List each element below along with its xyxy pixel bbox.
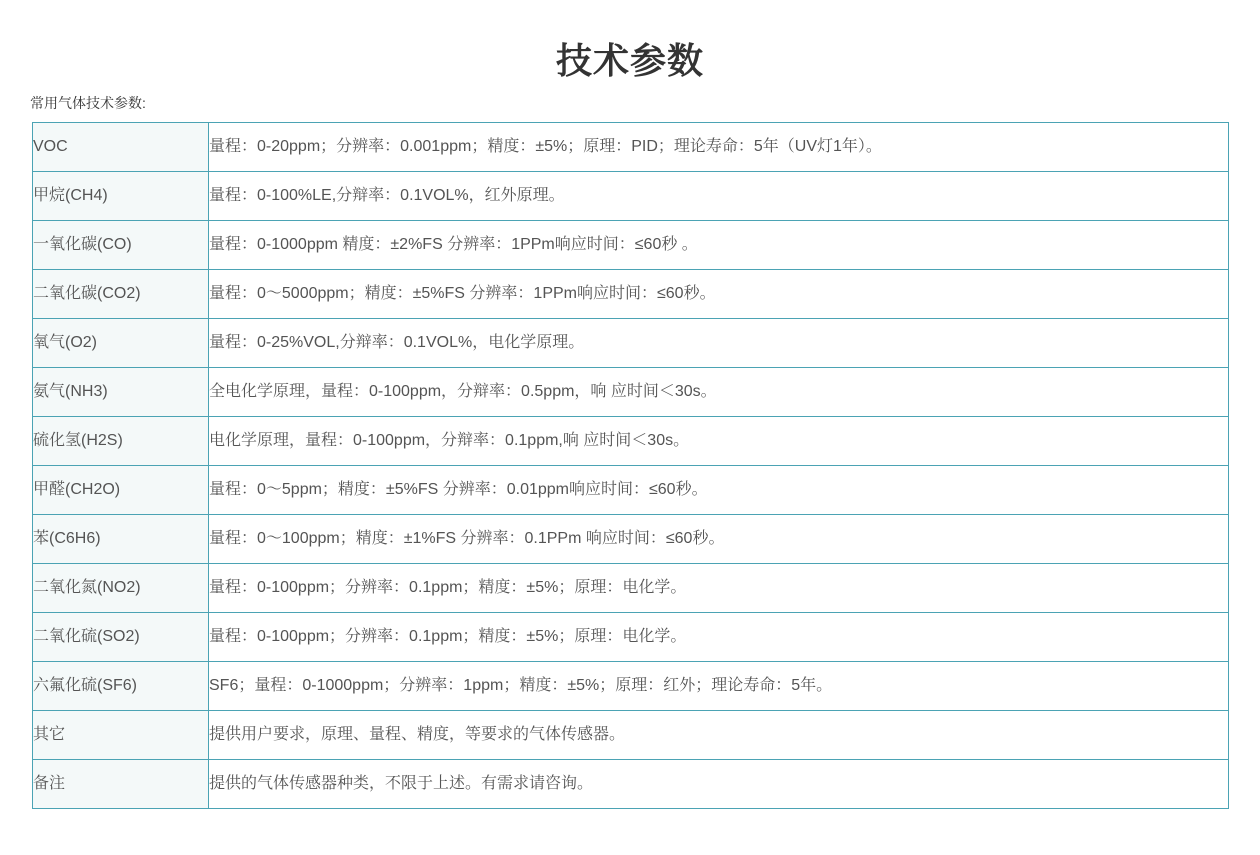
table-row: 甲醛(CH2O)量程：0～5ppm；精度：±5%FS 分辨率：0.01ppm响应… <box>33 466 1229 515</box>
gas-name-cell: 硫化氢(H2S) <box>33 417 209 466</box>
gas-spec-cell: SF6；量程：0-1000ppm；分辨率：1ppm；精度：±5%；原理：红外；理… <box>209 662 1229 711</box>
gas-spec-cell: 量程：0～5000ppm；精度：±5%FS 分辨率：1PPm响应时间：≤60秒。 <box>209 270 1229 319</box>
table-row: 二氧化氮(NO2)量程：0-100ppm；分辨率：0.1ppm；精度：±5%；原… <box>33 564 1229 613</box>
table-caption: 常用气体技术参数: <box>30 95 1260 111</box>
gas-name-cell: 其它 <box>33 711 209 760</box>
gas-name-cell: 备注 <box>33 760 209 809</box>
gas-spec-cell: 量程：0-100%LE,分辩率：0.1VOL%，红外原理。 <box>209 172 1229 221</box>
gas-name-cell: VOC <box>33 123 209 172</box>
gas-spec-cell: 量程：0～100ppm；精度：±1%FS 分辨率：0.1PPm 响应时间：≤60… <box>209 515 1229 564</box>
gas-name-cell: 六氟化硫(SF6) <box>33 662 209 711</box>
gas-spec-cell: 量程：0-1000ppm 精度：±2%FS 分辨率：1PPm响应时间：≤60秒 … <box>209 221 1229 270</box>
gas-spec-cell: 电化学原理，量程：0-100ppm，分辩率：0.1ppm,响 应时间＜30s。 <box>209 417 1229 466</box>
gas-spec-cell: 量程：0-20ppm；分辨率：0.001ppm；精度：±5%；原理：PID；理论… <box>209 123 1229 172</box>
gas-spec-cell: 量程：0-100ppm；分辨率：0.1ppm；精度：±5%；原理：电化学。 <box>209 613 1229 662</box>
gas-name-cell: 氨气(NH3) <box>33 368 209 417</box>
gas-name-cell: 氧气(O2) <box>33 319 209 368</box>
table-row: 硫化氢(H2S)电化学原理，量程：0-100ppm，分辩率：0.1ppm,响 应… <box>33 417 1229 466</box>
gas-spec-cell: 提供的气体传感器种类，不限于上述。有需求请咨询。 <box>209 760 1229 809</box>
gas-specs-table-body: VOC量程：0-20ppm；分辨率：0.001ppm；精度：±5%；原理：PID… <box>33 123 1229 809</box>
gas-name-cell: 二氧化碳(CO2) <box>33 270 209 319</box>
table-row: 其它提供用户要求，原理、量程、精度，等要求的气体传感器。 <box>33 711 1229 760</box>
table-row: 甲烷(CH4)量程：0-100%LE,分辩率：0.1VOL%，红外原理。 <box>33 172 1229 221</box>
table-row: 六氟化硫(SF6)SF6；量程：0-1000ppm；分辨率：1ppm；精度：±5… <box>33 662 1229 711</box>
gas-name-cell: 一氧化碳(CO) <box>33 221 209 270</box>
table-row: 备注提供的气体传感器种类，不限于上述。有需求请咨询。 <box>33 760 1229 809</box>
table-row: VOC量程：0-20ppm；分辨率：0.001ppm；精度：±5%；原理：PID… <box>33 123 1229 172</box>
gas-spec-cell: 全电化学原理，量程：0-100ppm，分辩率：0.5ppm，响 应时间＜30s。 <box>209 368 1229 417</box>
table-row: 一氧化碳(CO)量程：0-1000ppm 精度：±2%FS 分辨率：1PPm响应… <box>33 221 1229 270</box>
gas-name-cell: 二氧化硫(SO2) <box>33 613 209 662</box>
gas-spec-cell: 量程：0-25%VOL,分辩率：0.1VOL%，电化学原理。 <box>209 319 1229 368</box>
gas-spec-cell: 提供用户要求，原理、量程、精度，等要求的气体传感器。 <box>209 711 1229 760</box>
gas-name-cell: 甲醛(CH2O) <box>33 466 209 515</box>
page: 技术参数 常用气体技术参数: VOC量程：0-20ppm；分辨率：0.001pp… <box>0 0 1260 855</box>
table-row: 二氧化碳(CO2)量程：0～5000ppm；精度：±5%FS 分辨率：1PPm响… <box>33 270 1229 319</box>
gas-name-cell: 苯(C6H6) <box>33 515 209 564</box>
table-row: 氧气(O2)量程：0-25%VOL,分辩率：0.1VOL%，电化学原理。 <box>33 319 1229 368</box>
gas-specs-table: VOC量程：0-20ppm；分辨率：0.001ppm；精度：±5%；原理：PID… <box>32 122 1229 809</box>
page-title: 技术参数 <box>0 0 1260 79</box>
gas-name-cell: 甲烷(CH4) <box>33 172 209 221</box>
gas-spec-cell: 量程：0～5ppm；精度：±5%FS 分辨率：0.01ppm响应时间：≤60秒。 <box>209 466 1229 515</box>
table-row: 二氧化硫(SO2)量程：0-100ppm；分辨率：0.1ppm；精度：±5%；原… <box>33 613 1229 662</box>
gas-spec-cell: 量程：0-100ppm；分辨率：0.1ppm；精度：±5%；原理：电化学。 <box>209 564 1229 613</box>
table-row: 苯(C6H6)量程：0～100ppm；精度：±1%FS 分辨率：0.1PPm 响… <box>33 515 1229 564</box>
gas-name-cell: 二氧化氮(NO2) <box>33 564 209 613</box>
table-row: 氨气(NH3)全电化学原理，量程：0-100ppm，分辩率：0.5ppm，响 应… <box>33 368 1229 417</box>
